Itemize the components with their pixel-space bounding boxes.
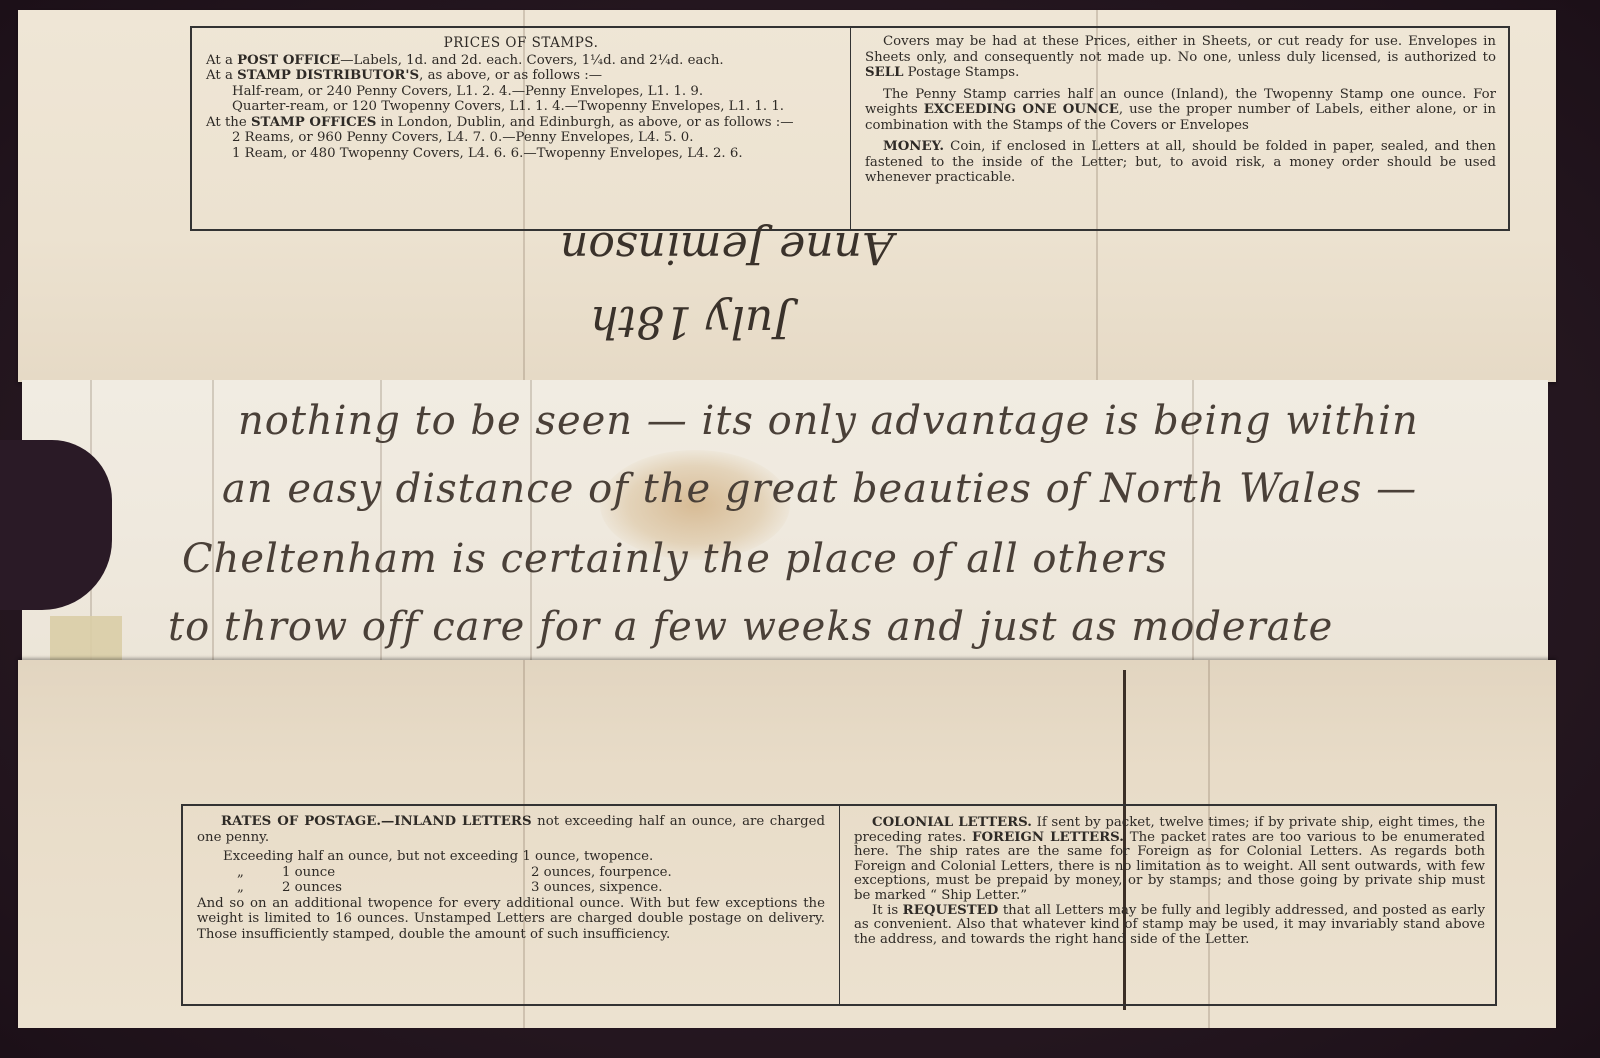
prices-heading: PRICES OF STAMPS.	[206, 36, 836, 52]
colonial-foreign-paragraph: COLONIAL LETTERS. If sent by packet, twe…	[854, 816, 1485, 904]
stamp-offices-line: At the STAMP OFFICES in London, Dublin, …	[206, 115, 836, 131]
ditto-mark: „	[237, 865, 244, 880]
stamp-rules-column: Covers may be had at these Prices, eithe…	[851, 28, 1510, 229]
stamp-offices-text: in London, Dublin, and Edinburgh, as abo…	[381, 115, 794, 130]
inland-rates-column: RATES OF POSTAGE.—INLAND LETTERS not exc…	[183, 806, 839, 1004]
distributor-item: Quarter-ream, or 120 Twopenny Covers, L1…	[206, 99, 836, 115]
inland-intro: RATES OF POSTAGE.—INLAND LETTERS not exc…	[197, 814, 825, 845]
ditto-mark: „	[237, 880, 244, 895]
exceeding-line: Exceeding half an ounce, but not exceedi…	[197, 849, 825, 865]
rate-from: 2 ounces	[282, 880, 342, 895]
torn-edge	[0, 440, 112, 610]
covers-text: Covers may be had at these Prices, eithe…	[865, 34, 1496, 65]
sell-label: SELL	[865, 65, 903, 80]
covers-paragraph: Covers may be had at these Prices, eithe…	[865, 34, 1496, 81]
covers-text-end: Postage Stamps.	[908, 65, 1020, 80]
prices-of-stamps-box: PRICES OF STAMPS. At a POST OFFICE—Label…	[190, 26, 1510, 231]
prices-column: PRICES OF STAMPS. At a POST OFFICE—Label…	[192, 28, 850, 229]
rate-row: „ 2 ounces 3 ounces, sixpence.	[197, 880, 825, 896]
rate-to: 2 ounces, fourpence.	[531, 865, 825, 881]
handwritten-line: an easy distance of the great beauties o…	[222, 466, 1417, 512]
line-lead: At a	[206, 53, 233, 68]
distributor-item: Half-ream, or 240 Penny Covers, L1. 2. 4…	[206, 84, 836, 100]
requested-lead: It is	[872, 903, 898, 918]
foreign-label: FOREIGN LETTERS.	[972, 830, 1124, 845]
post-office-label: POST OFFICE	[237, 53, 340, 68]
rate-row: „ 1 ounce 2 ounces, fourpence.	[197, 865, 825, 881]
office-item: 2 Reams, or 960 Penny Covers, L4. 7. 0.—…	[206, 130, 836, 146]
tape-repair	[50, 616, 122, 662]
line-lead: At the	[206, 115, 247, 130]
inland-closing: And so on an additional twopence for eve…	[197, 896, 825, 943]
inland-label: RATES OF POSTAGE.—INLAND LETTERS	[221, 814, 532, 829]
distributor-label: STAMP DISTRIBUTOR'S	[237, 68, 419, 83]
rate-to: 3 ounces, sixpence.	[531, 880, 825, 896]
requested-label: REQUESTED	[903, 903, 999, 918]
handwritten-line: nothing to be seen — its only advantage …	[238, 398, 1419, 444]
distributor-text: , as above, or as follows :—	[419, 68, 602, 83]
handwritten-line: to throw off care for a few weeks and ju…	[168, 604, 1333, 650]
rates-of-postage-box: RATES OF POSTAGE.—INLAND LETTERS not exc…	[181, 804, 1497, 1006]
post-office-prices: —Labels, 1d. and 2d. each. Covers, 1¼d. …	[340, 53, 723, 68]
distributor-line: At a STAMP DISTRIBUTOR'S, as above, or a…	[206, 68, 836, 84]
stamp-offices-label: STAMP OFFICES	[251, 115, 376, 130]
handwritten-line: Cheltenham is certainly the place of all…	[182, 536, 1168, 582]
money-label: MONEY.	[883, 139, 944, 154]
money-text: Coin, if enclosed in Letters at all, sho…	[865, 139, 1496, 185]
exceeding-label: EXCEEDING ONE OUNCE	[924, 102, 1119, 117]
office-item: 1 Ream, or 480 Twopenny Covers, L4. 6. 6…	[206, 146, 836, 162]
weights-paragraph: The Penny Stamp carries half an ounce (I…	[865, 87, 1496, 134]
line-lead: At a	[206, 68, 233, 83]
handwritten-date-upside-down: July 18th	[590, 296, 791, 347]
handwritten-signature-upside-down: Anne Jeminson	[560, 222, 894, 273]
requested-paragraph: It is REQUESTED that all Letters may be …	[854, 904, 1485, 948]
post-office-line: At a POST OFFICE—Labels, 1d. and 2d. eac…	[206, 53, 836, 69]
colonial-foreign-column: COLONIAL LETTERS. If sent by packet, twe…	[840, 806, 1499, 1004]
rate-from: 1 ounce	[282, 865, 335, 880]
money-paragraph: MONEY. Coin, if enclosed in Letters at a…	[865, 139, 1496, 186]
colonial-label: COLONIAL LETTERS.	[872, 815, 1032, 830]
